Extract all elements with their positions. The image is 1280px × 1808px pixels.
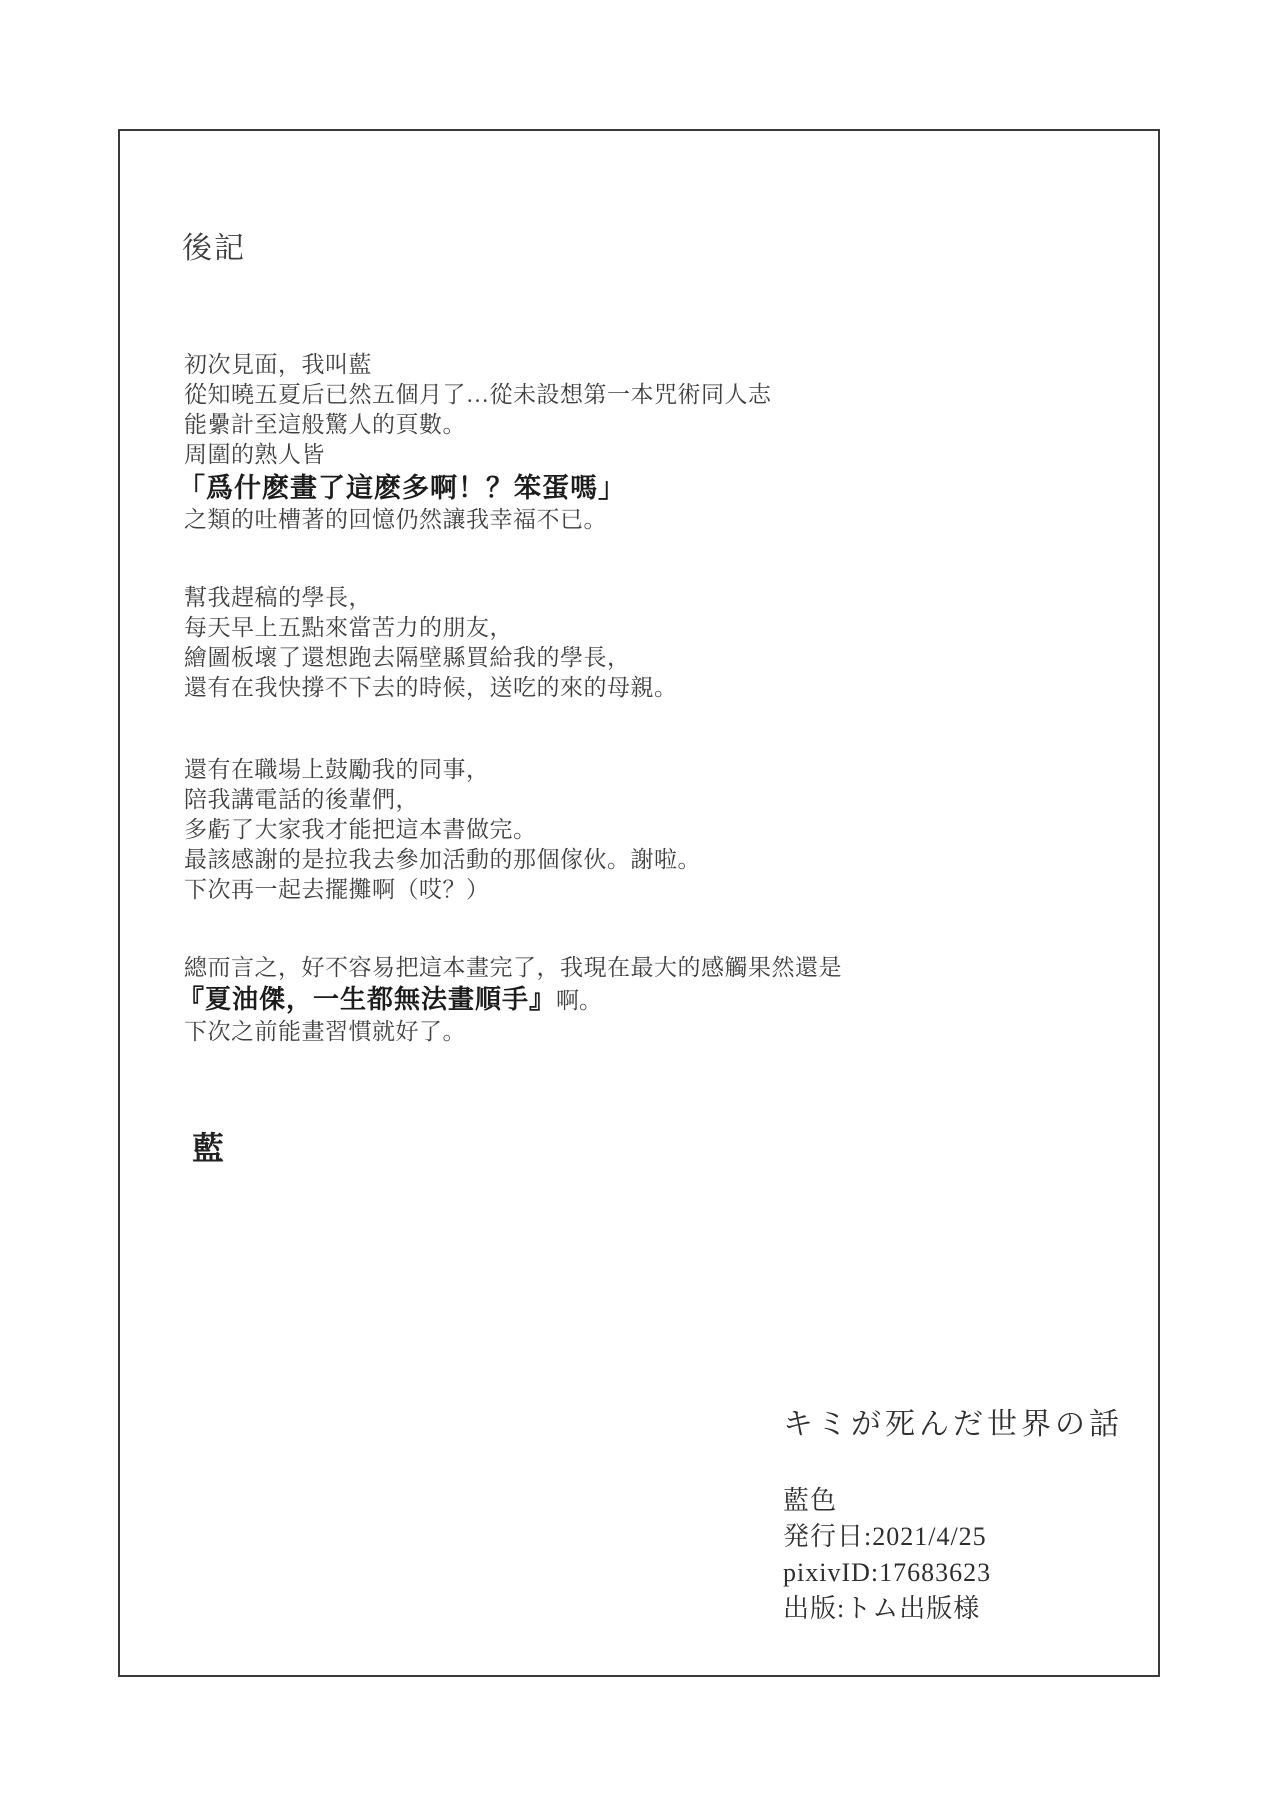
- afterword-line: 從知曉五夏后已然五個月了…從未設想第一本咒術同人志: [184, 380, 772, 410]
- bold-quote-why-so-many: 「爲什麽畫了這麽多啊！？笨蛋嗎」: [178, 471, 626, 505]
- afterword-line: 總而言之，好不容易把這本畫完了，我現在最大的感觸果然還是: [184, 953, 842, 983]
- afterword-paragraph-3: 還有在職場上鼓勵我的同事， 陪我講電話的後輩們， 多虧了大家我才能把這本書做完。…: [184, 755, 701, 905]
- afterword-line: 初次見面，我叫藍: [184, 350, 772, 380]
- afterword-line: 幫我趕稿的學長，: [184, 583, 678, 613]
- afterword-line: 之類的吐槽著的回憶仍然讓我幸福不已。: [184, 505, 607, 535]
- colophon-publisher: 出版:トム出版様: [783, 1591, 991, 1627]
- colophon-block: 藍色 発行日:2021/4/25 pixivID:17683623 出版:トム出…: [783, 1483, 991, 1627]
- page-frame: 後記 初次見面，我叫藍 從知曉五夏后已然五個月了…從未設想第一本咒術同人志 能纍…: [118, 129, 1160, 1677]
- bold-quote-geto-suguru: 『夏油傑，一生都無法畫順手』: [178, 984, 556, 1014]
- book-title: キミが死んだ世界の話: [783, 1399, 1123, 1443]
- afterword-line: 下次之前能畫習慣就好了。: [184, 1017, 466, 1047]
- afterword-line: 陪我講電話的後輩們，: [184, 785, 701, 815]
- afterword-line: 能纍計至這般驚人的頁數。: [184, 410, 772, 440]
- afterword-line: 還有在我快撐不下去的時候，送吃的來的母親。: [184, 673, 678, 703]
- colophon-author: 藍色: [783, 1483, 991, 1519]
- author-signature: 藍: [192, 1123, 224, 1169]
- afterword-paragraph-2: 幫我趕稿的學長， 每天早上五點來當苦力的朋友， 繪圖板壞了還想跑去隔壁縣買給我的…: [184, 583, 678, 703]
- afterword-line: 還有在職場上鼓勵我的同事，: [184, 755, 701, 785]
- afterword-line: 繪圖板壞了還想跑去隔壁縣買給我的學長，: [184, 643, 678, 673]
- afterword-line: 下次再一起去擺攤啊（哎？）: [184, 875, 701, 905]
- afterword-line: 每天早上五點來當苦力的朋友，: [184, 613, 678, 643]
- afterword-title: 後記: [182, 223, 246, 267]
- afterword-line: 多虧了大家我才能把這本書做完。: [184, 815, 701, 845]
- afterword-line: 『夏油傑，一生都無法畫順手』啊。: [178, 982, 602, 1021]
- quote-suffix: 啊。: [556, 988, 602, 1013]
- colophon-pixiv-id: pixivID:17683623: [783, 1555, 991, 1591]
- afterword-line: 周圍的熟人皆: [184, 440, 772, 470]
- afterword-paragraph-1: 初次見面，我叫藍 從知曉五夏后已然五個月了…從未設想第一本咒術同人志 能纍計至這…: [184, 350, 772, 470]
- afterword-line: 最該感謝的是拉我去參加活動的那個傢伙。謝啦。: [184, 845, 701, 875]
- colophon-publish-date: 発行日:2021/4/25: [783, 1519, 991, 1555]
